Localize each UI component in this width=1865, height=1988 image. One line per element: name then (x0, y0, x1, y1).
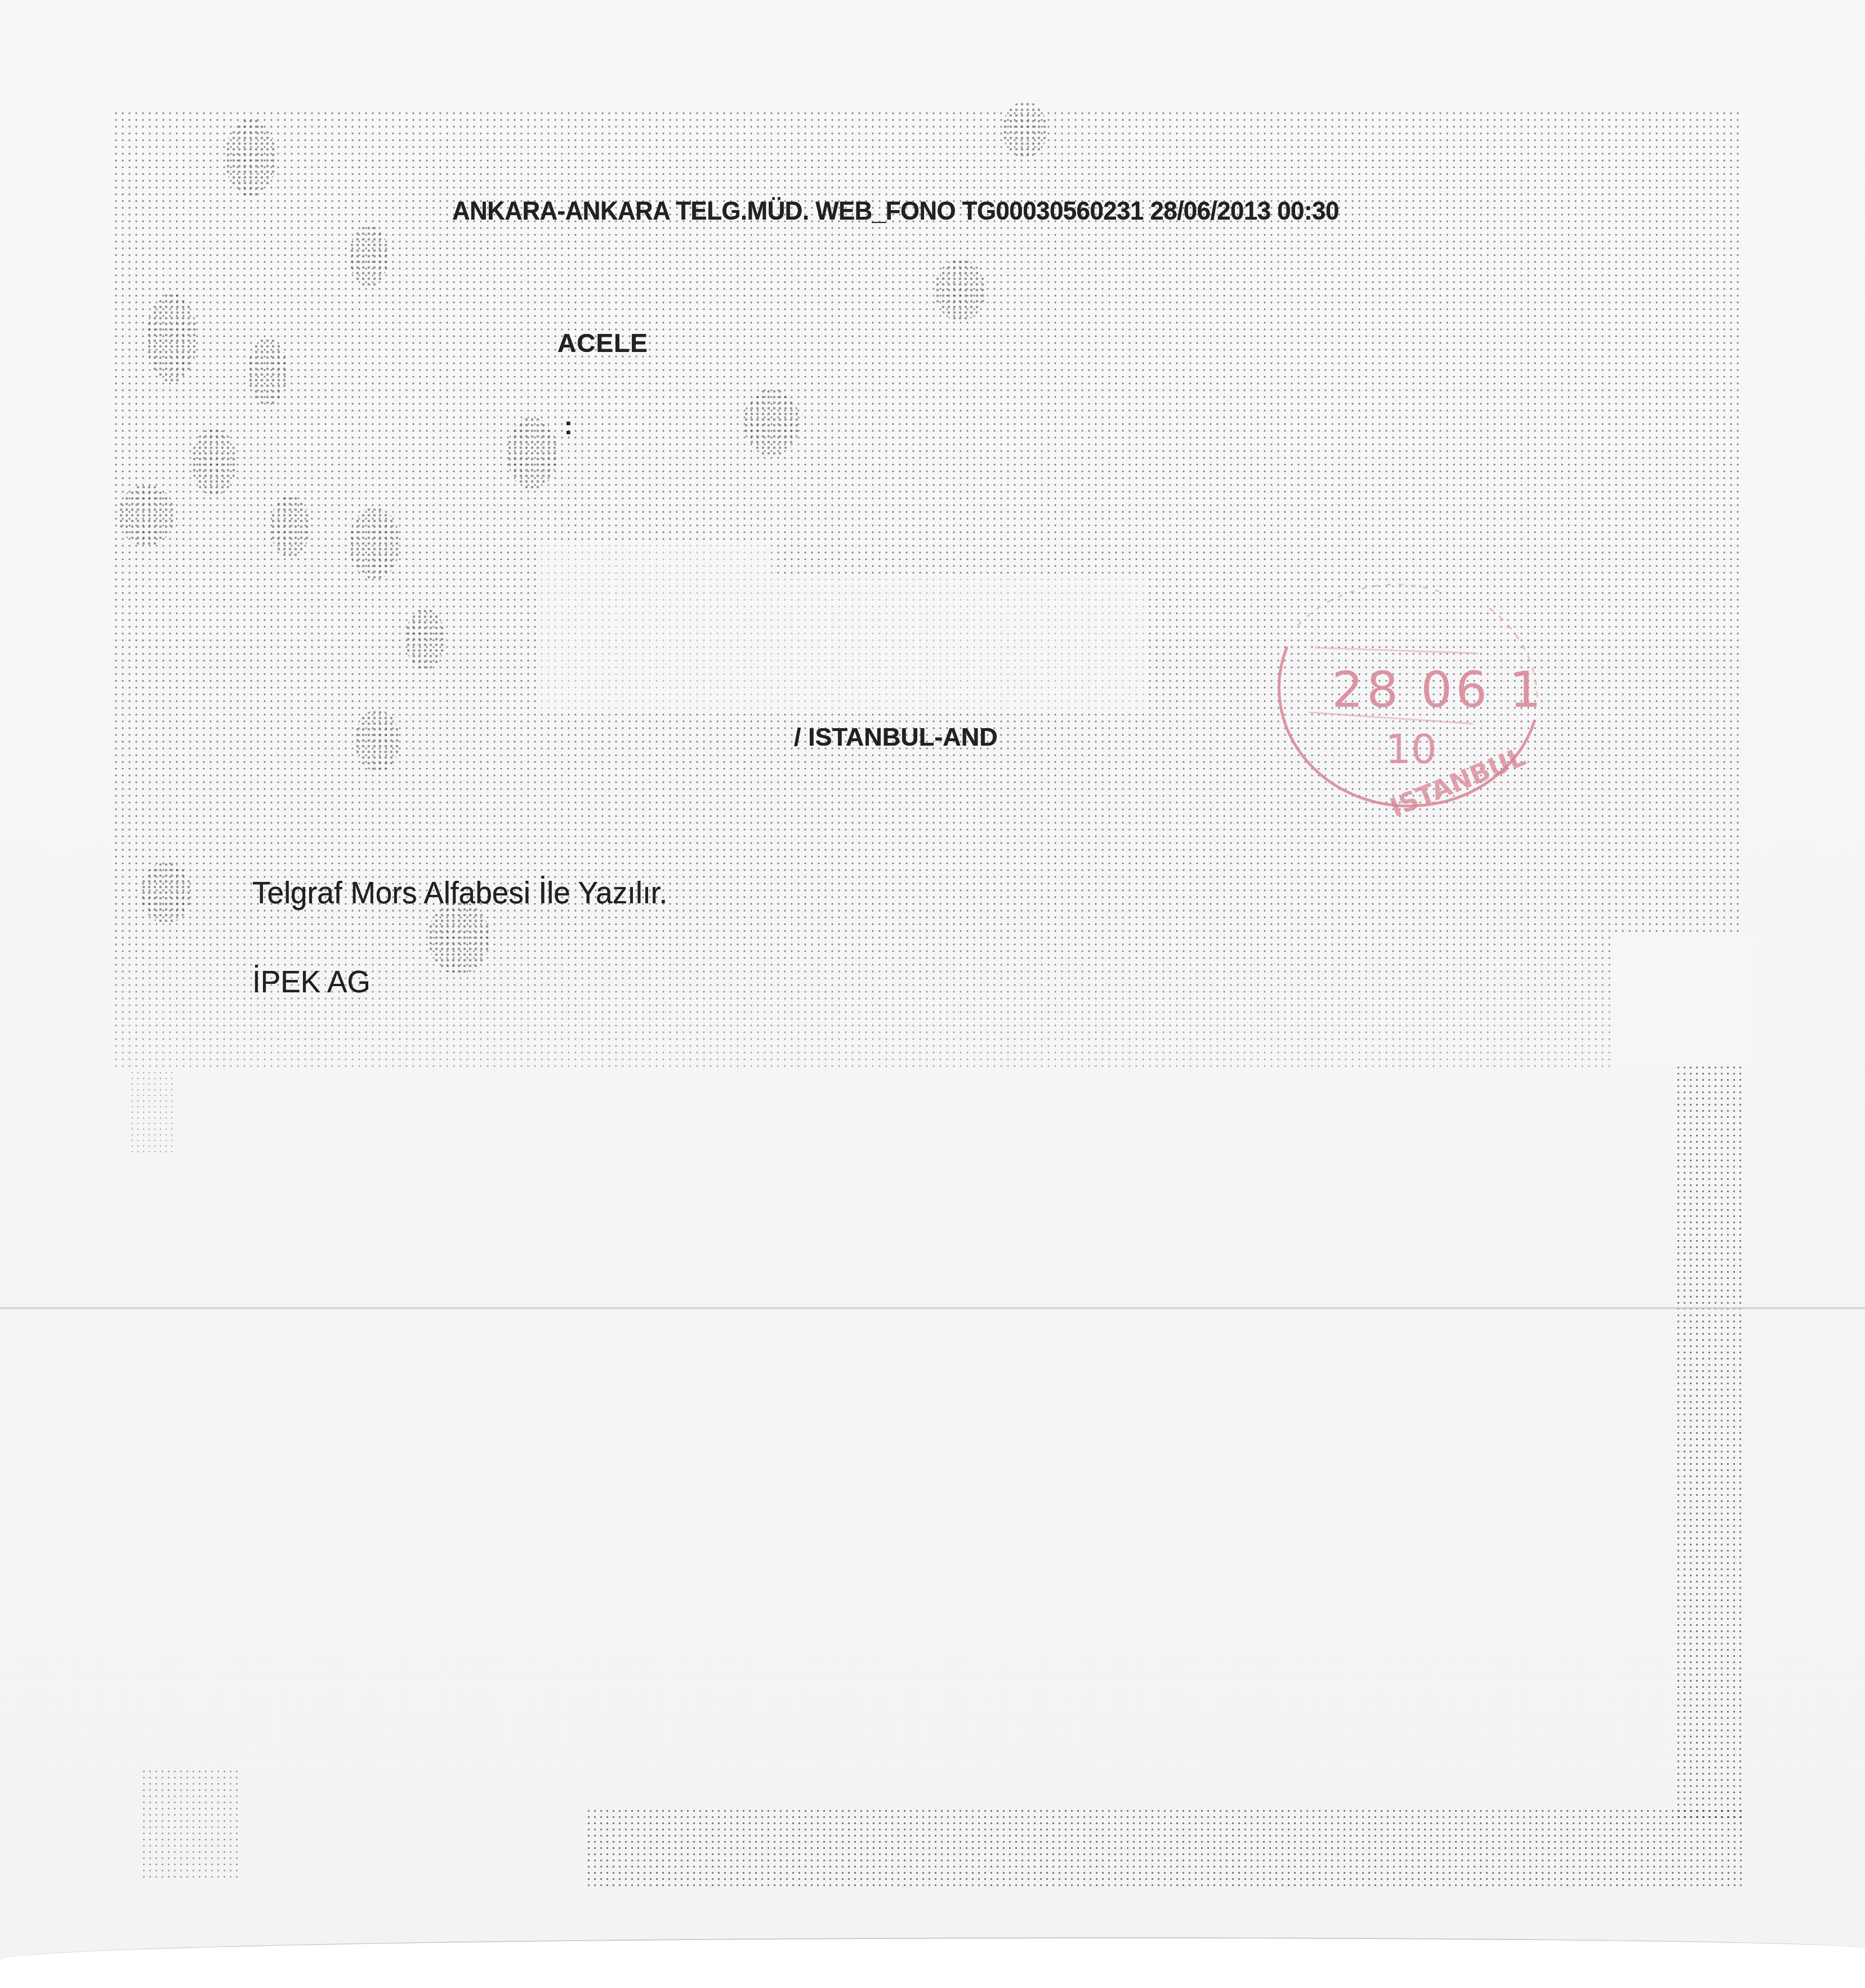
telegram-paper: ANKARA-ANKARA TELG.MÜD. WEB_FONO TG00030… (0, 0, 1865, 1988)
svg-text:10: 10 (1385, 725, 1437, 773)
watermark-blotch (507, 417, 557, 490)
torn-bottom-edge (0, 1937, 1865, 1988)
postmark-icon: 28 06 1 10 ISTANBUL (1253, 569, 1546, 817)
watermark-blotch (1002, 101, 1047, 158)
sender-signature: İPEK AG (252, 963, 371, 1000)
address-block-left (541, 541, 771, 710)
fold-crease (0, 1307, 1865, 1310)
watermark-blotch (146, 293, 197, 383)
priority-label: ACELE (557, 328, 648, 358)
halftone-bottom-strip (586, 1808, 1743, 1887)
halftone-corner-mark (141, 1768, 242, 1881)
watermark-blotch (118, 484, 175, 546)
telegram-header: ANKARA-ANKARA TELG.MÜD. WEB_FONO TG00030… (452, 195, 1339, 226)
watermark-blotch (191, 428, 237, 496)
watermark-blotch (428, 901, 490, 974)
watermark-blotch (248, 338, 287, 405)
panel-cutout (1610, 935, 1757, 1070)
message-body: Telgraf Mors Alfabesi İle Yazılır. (252, 874, 667, 911)
recipient-separator: : (564, 412, 573, 440)
watermark-blotch (405, 608, 445, 670)
watermark-blotch (270, 496, 310, 558)
address-block-right (771, 577, 1149, 712)
watermark-blotch (935, 259, 985, 321)
destination-label: / ISTANBUL-AND (794, 723, 998, 752)
svg-text:28 06 1: 28 06 1 (1332, 661, 1545, 719)
postmark-stamp: 28 06 1 10 ISTANBUL (1253, 569, 1546, 817)
watermark-blotch (355, 710, 400, 772)
watermark-blotch (743, 389, 800, 456)
halftone-side-mark (130, 1070, 175, 1155)
watermark-blotch (349, 225, 389, 287)
halftone-right-strip (1675, 1064, 1743, 1819)
watermark-blotch (141, 862, 191, 924)
watermark-blotch (225, 118, 276, 197)
watermark-blotch (349, 507, 400, 580)
